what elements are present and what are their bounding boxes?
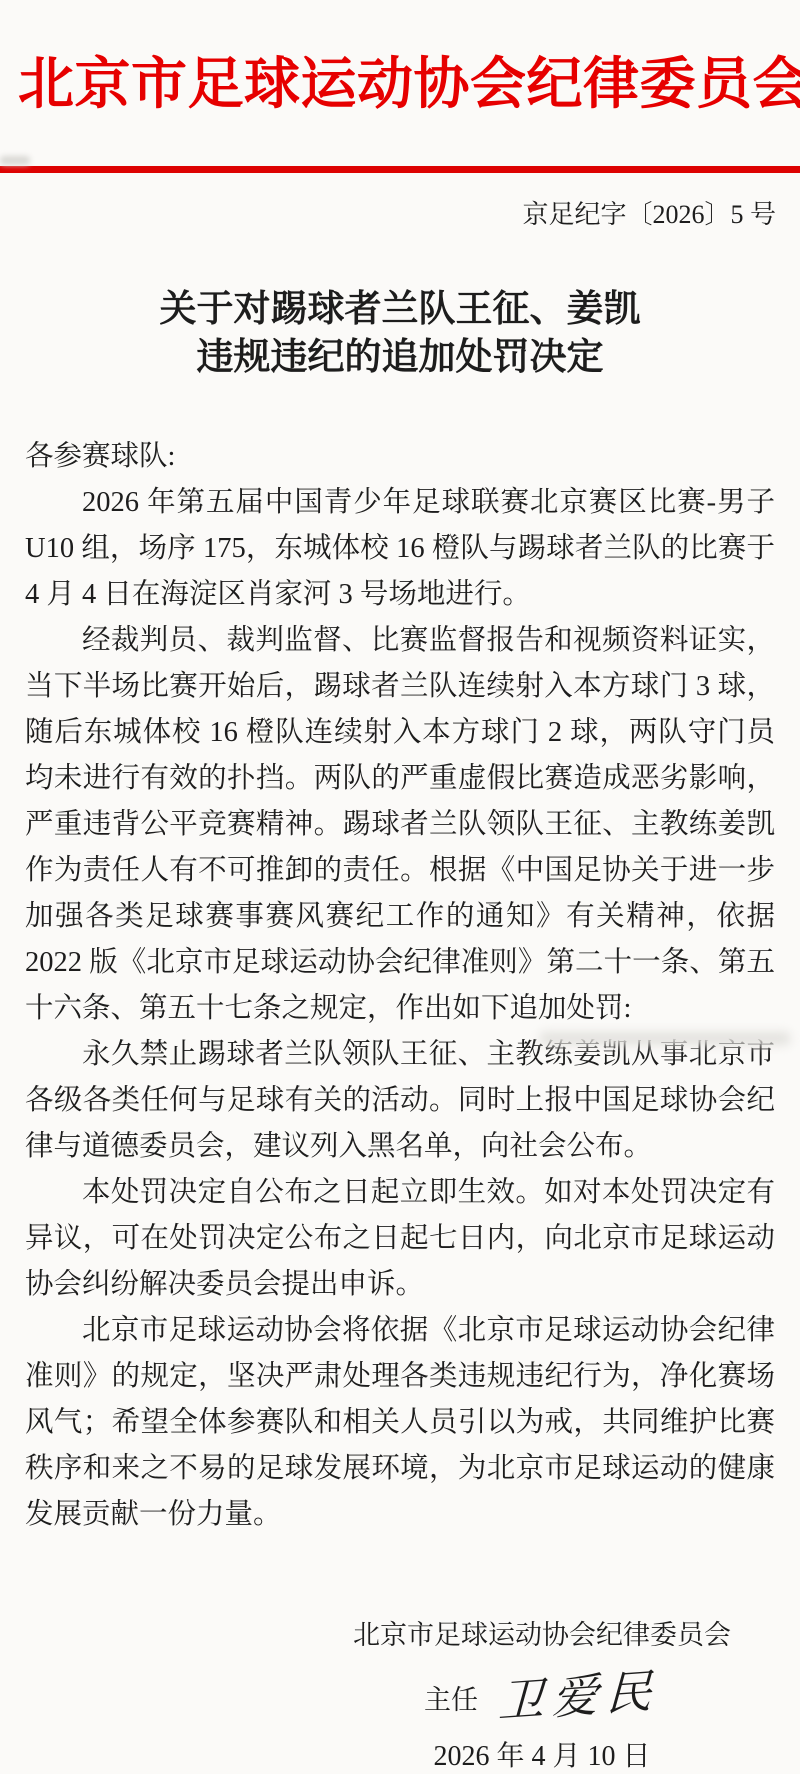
paragraph-punishment: 永久禁止踢球者兰队领队王征、主教练姜凯从事北京市各级各类任何与足球有关的活动。同… [25, 1032, 775, 1170]
paragraph-match-info: 2026 年第五届中国青少年足球联赛北京赛区比赛-男子 U10 组，场序 175… [25, 480, 775, 618]
document-title: 关于对踢球者兰队王征、姜凯 违规违纪的追加处罚决定 [20, 286, 780, 382]
scan-smudge-right [540, 1032, 790, 1045]
paragraph-closing: 北京市足球运动协会将依据《北京市足球运动协会纪律准则》的规定，坚决严肃处理各类违… [25, 1308, 775, 1538]
document-title-line2: 违规违纪的追加处罚决定 [197, 337, 604, 378]
letterhead: 北京市足球运动协会纪律委员会 京足纪字〔2026〕5 号 [0, 50, 800, 230]
document-body: 各参赛球队: 2026 年第五届中国青少年足球联赛北京赛区比赛-男子 U10 组… [25, 434, 775, 1538]
letterhead-divider [0, 166, 800, 173]
paragraph-violation-findings: 经裁判员、裁判监督、比赛监督报告和视频资料证实，当下半场比赛开始后，踢球者兰队连… [25, 618, 775, 1032]
signature-block: 北京市足球运动协会纪律委员会 主任 卫爱民 2026 年 4 月 10 日 [346, 1618, 738, 1774]
signature-org: 北京市足球运动协会纪律委员会 [346, 1618, 738, 1652]
signature-date: 2026 年 4 月 10 日 [346, 1740, 738, 1774]
paragraph-appeal: 本处罚决定自公布之日起立即生效。如对本处罚决定有异议，可在处罚决定公布之日起七日… [25, 1170, 775, 1308]
letterhead-org-title: 北京市足球运动协会纪律委员会 [18, 50, 782, 120]
salutation: 各参赛球队: [25, 434, 775, 480]
doc-number: 京足纪字〔2026〕5 号 [0, 199, 800, 230]
document-title-line1: 关于对踢球者兰队王征、姜凯 [160, 289, 641, 330]
signature-handwritten: 卫爱民 [497, 1668, 660, 1726]
signature-line: 主任 卫爱民 [346, 1666, 738, 1728]
document-page: 北京市足球运动协会纪律委员会 京足纪字〔2026〕5 号 关于对踢球者兰队王征、… [0, 0, 800, 1774]
scan-smudge-topleft [0, 156, 30, 165]
signer-title: 主任 [424, 1678, 478, 1717]
